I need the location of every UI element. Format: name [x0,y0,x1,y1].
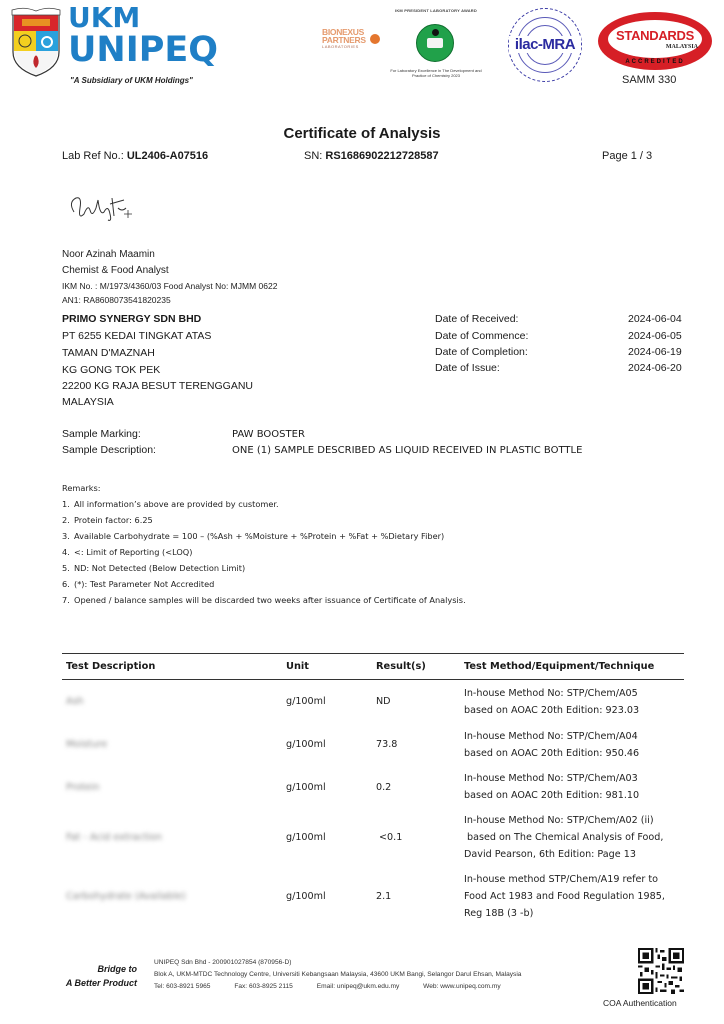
footer-web[interactable]: Web: www.unipeq.com.my [423,983,501,990]
method: In-house Method No: STP/Chem/A05based on… [464,685,684,719]
test-description: Moisture [62,739,286,750]
flask-icon [370,34,380,44]
table-row: Fat - Acid extraction g/100ml <0.1 In-ho… [62,808,684,867]
ukm-unipeq-logo: UKM UNIPEQ [68,4,218,68]
result: 73.8 [376,739,464,750]
unit: g/100ml [286,696,376,707]
logo-tagline: "A Subsidiary of UKM Holdings" [70,76,193,85]
ukm-crest-logo [10,6,62,78]
customer-address-line: 22200 KG RAJA BESUT TERENGGANU [62,380,253,392]
award-caption: For Laboratory Excellence in The Develop… [386,68,486,78]
unit: g/100ml [286,782,376,793]
date-completion-value: 2024-06-19 [628,346,682,358]
test-description: Protein [62,782,286,793]
qr-code-icon[interactable] [638,948,684,994]
result: 2.1 [376,891,464,902]
table-row: Carbohydrate (Available) g/100ml 2.1 In-… [62,867,684,925]
book-icon [427,38,443,48]
sample-description-value: ONE (1) SAMPLE DESCRIBED AS LIQUID RECEI… [232,445,582,456]
sample-marking-label: Sample Marking: [62,428,141,440]
serial-number: SN: RS1686902212728587 [304,150,439,162]
analyst-signature [66,190,146,230]
footer-company: UNIPEQ Sdn Bhd - 200901027854 (870956-D) [154,957,523,969]
logo-line1: UKM [68,4,218,32]
lab-ref-value: UL2406-A07516 [127,150,208,162]
sample-description-label: Sample Description: [62,444,156,456]
date-received-label: Date of Received: [435,313,518,325]
customer-address-line: MALAYSIA [62,396,114,408]
test-description: Fat - Acid extraction [62,832,286,843]
date-issue-value: 2024-06-20 [628,362,682,374]
footer-tel: Tel: 603-8921 5965 [154,983,210,990]
analyst-role: Chemist & Food Analyst [62,265,169,276]
remarks-section: Remarks: 1.All information’s above are p… [62,480,466,608]
accreditation-number: SAMM 330 [622,74,676,86]
date-commence-value: 2024-06-05 [628,330,682,342]
result: <0.1 [376,832,464,843]
footer-slogan: Bridge to A Better Product [62,962,137,990]
remark-item: 4.<: Limit of Reporting (<LOQ) [62,544,466,560]
footer-fax: Fax: 603-8925 2115 [234,983,293,990]
remark-item: 7.Opened / balance samples will be disca… [62,592,466,608]
method: In-house Method No: STP/Chem/A03based on… [464,770,684,804]
test-description: Ash [62,696,286,707]
ikm-award-badge [416,24,454,62]
ilac-mra-logo: ilac-MRA [508,8,582,82]
page-indicator: Page 1 / 3 [602,150,652,162]
column-header: Test Description [62,661,286,672]
analyst-name: Noor Azinah Maamin [62,249,155,260]
footer-contacts: Tel: 603-8921 5965 Fax: 603-8925 2115 Em… [154,981,523,993]
result: 0.2 [376,782,464,793]
bionexus-partners-logo: BIONEXUS PARTNERS LABORATORIES [322,28,380,56]
table-row: Moisture g/100ml 73.8 In-house Method No… [62,723,684,766]
unit: g/100ml [286,832,376,843]
customer-address-line: KG GONG TOK PEK [62,364,160,376]
date-completion-label: Date of Completion: [435,346,528,358]
column-header: Unit [286,661,376,672]
analyst-ikm-number: IKM No. : M/1973/4360/03 Food Analyst No… [62,281,277,291]
method: In-house Method No: STP/Chem/A02 (ii) ba… [464,812,684,863]
unit: g/100ml [286,739,376,750]
footer-address: Blok A, UKM-MTDC Technology Centre, Univ… [154,969,523,981]
customer-address-line: TAMAN D'MAZNAH [62,347,155,359]
column-header: Result(s) [376,661,464,672]
remark-item: 6.(*): Test Parameter Not Accredited [62,576,466,592]
footer-email[interactable]: Email: unipeq@ukm.edu.my [317,983,400,990]
result: ND [376,696,464,707]
footer-company-info: UNIPEQ Sdn Bhd - 200901027854 (870956-D)… [154,957,523,993]
document-title: Certificate of Analysis [0,125,724,142]
sample-marking-value: PAW BOOSTER [232,429,305,440]
lab-ref: Lab Ref No.: UL2406-A07516 [62,150,208,162]
remark-item: 2.Protein factor: 6.25 [62,512,466,528]
method: In-house Method No: STP/Chem/A04based on… [464,728,684,762]
serial-number-value: RS1686902212728587 [325,150,438,162]
logo-line2: UNIPEQ [68,33,218,68]
method: In-house method STP/Chem/A19 refer toFoo… [464,871,684,922]
remark-item: 1.All information’s above are provided b… [62,496,466,512]
date-issue-label: Date of Issue: [435,362,500,374]
remarks-title: Remarks: [62,480,466,496]
column-header: Test Method/Equipment/Technique [464,658,684,675]
table-row: Ash g/100ml ND In-house Method No: STP/C… [62,680,684,723]
award-title: IKM PRESIDENT LABORATORY AWARD [390,8,482,13]
remark-item: 3.Available Carbohydrate = 100 – (%Ash +… [62,528,466,544]
table-row: Protein g/100ml 0.2 In-house Method No: … [62,766,684,808]
table-header: Test Description Unit Result(s) Test Met… [62,654,684,679]
date-commence-label: Date of Commence: [435,330,528,342]
standards-malaysia-logo: STANDARDS MALAYSIA ACCREDITED [598,12,712,70]
remark-item: 5.ND: Not Detected (Below Detection Limi… [62,560,466,576]
test-description: Carbohydrate (Available) [62,891,286,902]
date-received-value: 2024-06-04 [628,313,682,325]
analyst-an1: AN1: RA8608073541820235 [62,295,171,305]
results-table: Test Description Unit Result(s) Test Met… [62,653,684,925]
customer-name: PRIMO SYNERGY SDN BHD [62,313,201,325]
unit: g/100ml [286,891,376,902]
qr-label: COA Authentication [603,998,677,1008]
customer-address-line: PT 6255 KEDAI TINGKAT ATAS [62,330,211,342]
